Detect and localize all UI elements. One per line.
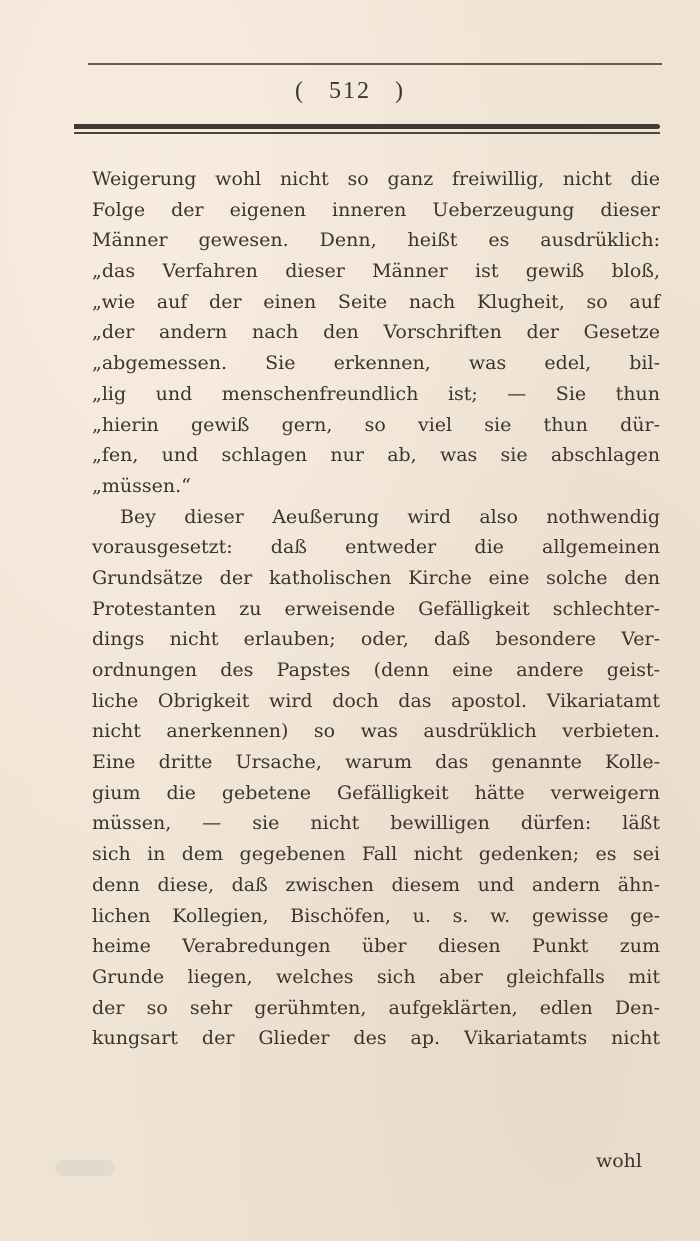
text-line: müssen, — sie nicht bewilligen dürfen: l… bbox=[92, 808, 660, 839]
text-line: „abgemessen. Sie erkennen, was edel, bil… bbox=[92, 348, 660, 379]
text-line: Protestanten zu erweisende Gefälligkeit … bbox=[92, 594, 660, 625]
text-line: „lig und menschenfreundlich ist; — Sie t… bbox=[92, 379, 660, 410]
close-parenthesis: ) bbox=[395, 78, 405, 105]
header-thin-rule bbox=[74, 132, 660, 134]
text-line: Eine dritte Ursache, warum das genannte … bbox=[92, 747, 660, 778]
text-line: Folge der eigenen inneren Ueberzeugung d… bbox=[92, 195, 660, 226]
text-line: lichen Kollegien, Bischöfen, u. s. w. ge… bbox=[92, 901, 660, 932]
text-line: Weigerung wohl nicht so ganz freiwillig,… bbox=[92, 164, 660, 195]
book-page: (512) Weigerung wohl nicht so ganz freiw… bbox=[0, 0, 700, 1241]
text-line: „müssen.“ bbox=[92, 471, 660, 502]
bleed-through-smudge bbox=[55, 1160, 115, 1176]
text-line: Grundsätze der katholischen Kirche eine … bbox=[92, 563, 660, 594]
text-line: gium die gebetene Gefälligkeit hätte ver… bbox=[92, 778, 660, 809]
text-line: „fen, und schlagen nur ab, was sie absch… bbox=[92, 440, 660, 471]
header-thick-rule bbox=[74, 124, 660, 129]
text-line: heime Verabredungen über diesen Punkt zu… bbox=[92, 931, 660, 962]
text-line: der so sehr gerühmten, aufgeklärten, edl… bbox=[92, 993, 660, 1024]
text-line-paragraph-start: Bey dieser Aeußerung wird also nothwendi… bbox=[92, 502, 660, 533]
text-line: denn diese, daß zwischen diesem und ande… bbox=[92, 870, 660, 901]
text-line: „wie auf der einen Seite nach Klugheit, … bbox=[92, 287, 660, 318]
text-line: vorausgesetzt: daß entweder die allgemei… bbox=[92, 532, 660, 563]
body-text: Weigerung wohl nicht so ganz freiwillig,… bbox=[92, 164, 660, 1054]
text-line: dings nicht erlauben; oder, daß besonder… bbox=[92, 624, 660, 655]
text-line: Männer gewesen. Denn, heißt es ausdrükli… bbox=[92, 225, 660, 256]
open-parenthesis: ( bbox=[295, 78, 305, 105]
catchword: wohl bbox=[596, 1150, 642, 1172]
text-line: liche Obrigkeit wird doch das apostol. V… bbox=[92, 686, 660, 717]
text-line: nicht anerkennen) so was ausdrüklich ver… bbox=[92, 716, 660, 747]
text-line: „das Verfahren dieser Männer ist gewiß b… bbox=[92, 256, 660, 287]
page-number-header: (512) bbox=[0, 78, 700, 105]
page-number: 512 bbox=[329, 78, 371, 104]
text-line: sich in dem gegebenen Fall nicht gedenke… bbox=[92, 839, 660, 870]
text-line: „der andern nach den Vorschriften der Ge… bbox=[92, 317, 660, 348]
text-line: „hierin gewiß gern, so viel sie thun dür… bbox=[92, 410, 660, 441]
text-line: Grunde liegen, welches sich aber gleichf… bbox=[92, 962, 660, 993]
text-line: kungsart der Glieder des ap. Vikariatamt… bbox=[92, 1023, 660, 1054]
header-top-rule bbox=[88, 63, 662, 65]
text-line: ordnungen des Papstes (denn eine andere … bbox=[92, 655, 660, 686]
